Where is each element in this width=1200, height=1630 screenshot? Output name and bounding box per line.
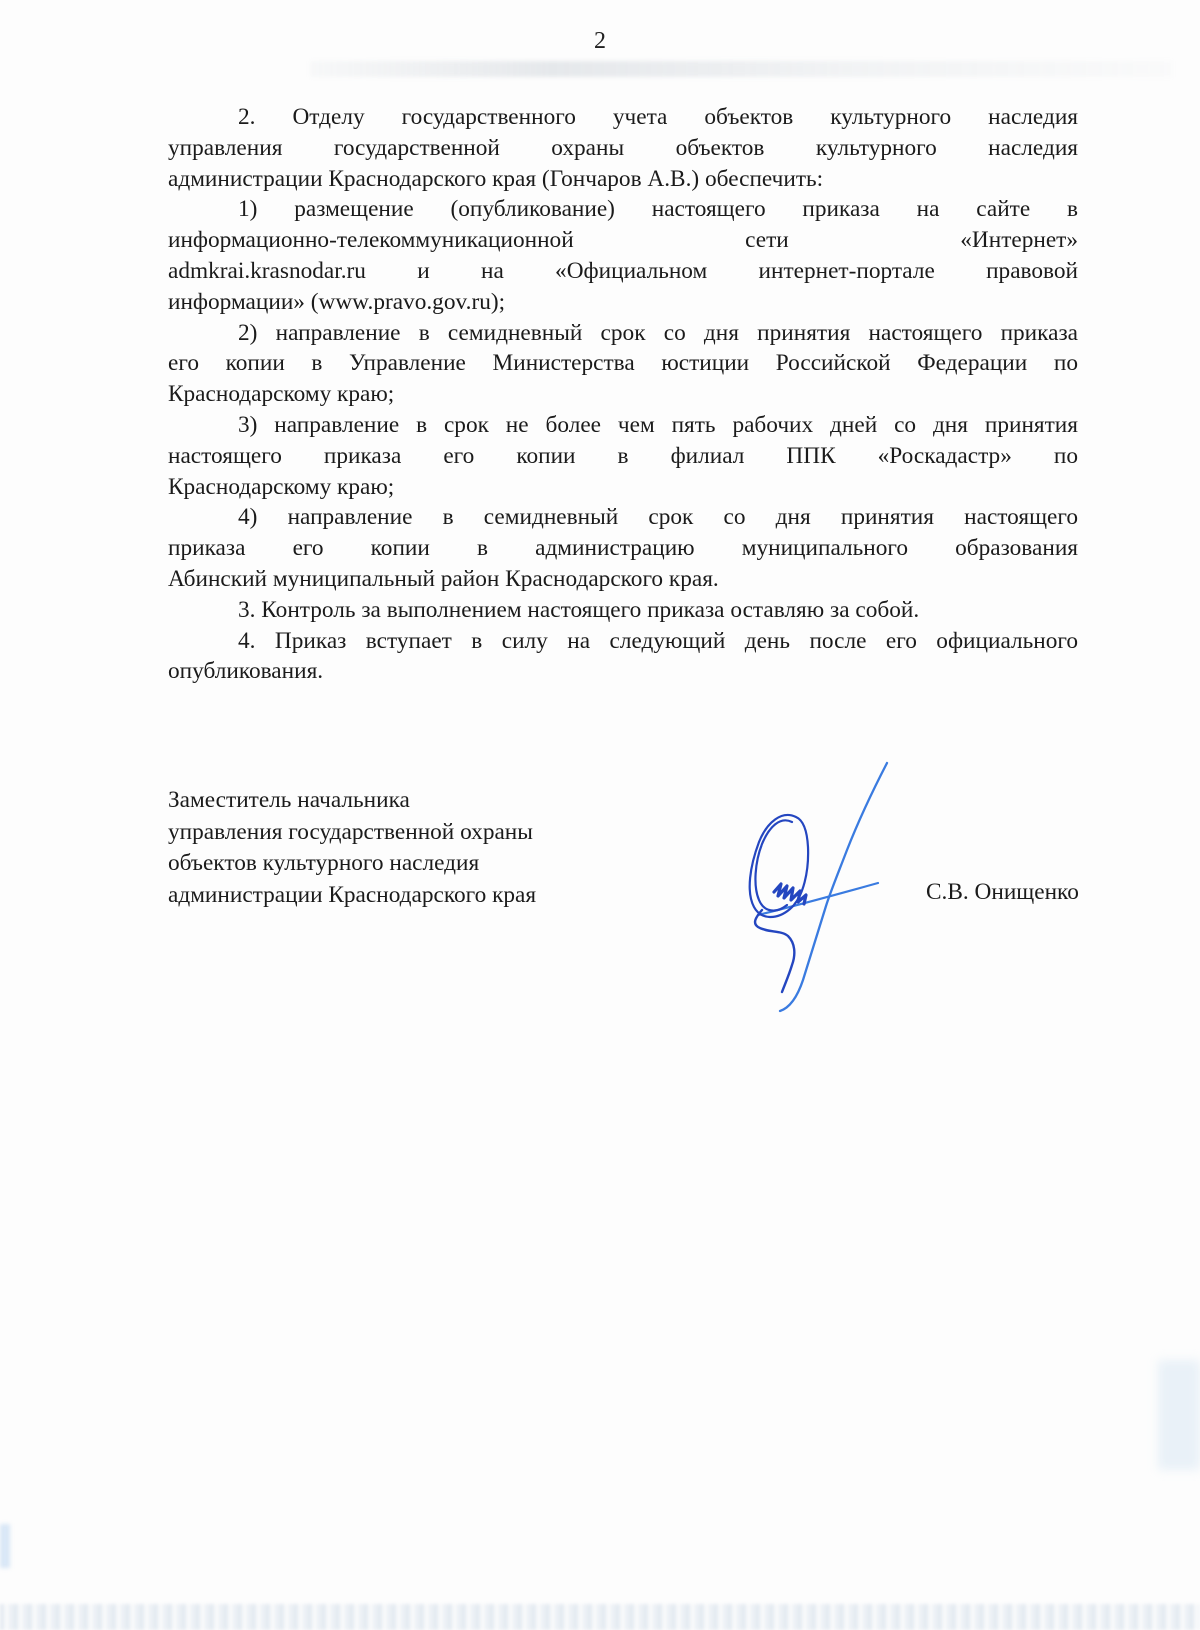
document-page: 2 2. Отделу государственного учета объек…: [0, 0, 1200, 1630]
signature-stroke-diagonal: [780, 763, 887, 1011]
text-line: 2. Отделу государственного учета объекто…: [168, 102, 1078, 133]
paragraph-1-razmeshchenie: 1) размещение (опубликование) настоящего…: [168, 194, 1078, 317]
text-line: настоящего приказа его копии в филиал ПП…: [168, 441, 1078, 472]
text-line: 4) направление в семидневный срок со дня…: [168, 502, 1078, 533]
scan-artifact-top: [310, 61, 1172, 77]
paragraph-4-prikaz-vstupaet: 4. Приказ вступает в силу на следующий д…: [168, 626, 1078, 688]
text-line: его копии в Управление Министерства юсти…: [168, 348, 1078, 379]
text-line: администрации Краснодарского края: [168, 880, 688, 912]
text-line: 4. Приказ вступает в силу на следующий д…: [168, 626, 1078, 657]
text-line: Краснодарскому краю;: [168, 472, 1078, 503]
text-line: управления государственной охраны: [168, 817, 688, 849]
text-line: Заместитель начальника: [168, 785, 688, 817]
paragraph-3-napravlenie-roskadastr: 3) направление в срок не более чем пять …: [168, 410, 1078, 502]
text-line: admkrai.krasnodar.ru и на «Официальном и…: [168, 256, 1078, 287]
document-body: 2. Отделу государственного учета объекто…: [168, 102, 1078, 687]
text-line: опубликования.: [168, 656, 1078, 687]
page-number: 2: [0, 28, 1200, 55]
text-line: объектов культурного наследия: [168, 848, 688, 880]
signature-stroke-tail: [755, 910, 794, 992]
text-line: Абинский муниципальный район Краснодарск…: [168, 564, 1078, 595]
scan-artifact-right-smudge: [1158, 1360, 1200, 1470]
scan-artifact-bottom-band: [0, 1604, 1200, 1630]
text-line: управления государственной охраны объект…: [168, 133, 1078, 164]
text-line: приказа его копии в администрацию муници…: [168, 533, 1078, 564]
scan-artifact-left-edge: [0, 1524, 10, 1568]
text-line: Краснодарскому краю;: [168, 379, 1078, 410]
paragraph-2-napravlenie-minjust: 2) направление в семидневный срок со дня…: [168, 318, 1078, 410]
text-line: информационно-телекоммуникационной сети …: [168, 225, 1078, 256]
paragraph-2-otdelu: 2. Отделу государственного учета объекто…: [168, 102, 1078, 194]
handwritten-signature-ink: [710, 730, 910, 1020]
paragraph-3-kontrol: 3. Контроль за выполнением настоящего пр…: [168, 595, 1078, 626]
text-line: 2) направление в семидневный срок со дня…: [168, 318, 1078, 349]
paragraph-4-napravlenie-administratsiya: 4) направление в семидневный срок со дня…: [168, 502, 1078, 594]
signature-position-title: Заместитель начальникауправления государ…: [168, 785, 688, 911]
text-line: администрации Краснодарского края (Гонча…: [168, 164, 1078, 195]
signee-name: С.В. Онищенко: [926, 879, 1079, 906]
text-line: 3) направление в срок не более чем пять …: [168, 410, 1078, 441]
text-line: информации» (www.pravo.gov.ru);: [168, 287, 1078, 318]
text-line: 3. Контроль за выполнением настоящего пр…: [168, 595, 1078, 626]
text-line: 1) размещение (опубликование) настоящего…: [168, 194, 1078, 225]
